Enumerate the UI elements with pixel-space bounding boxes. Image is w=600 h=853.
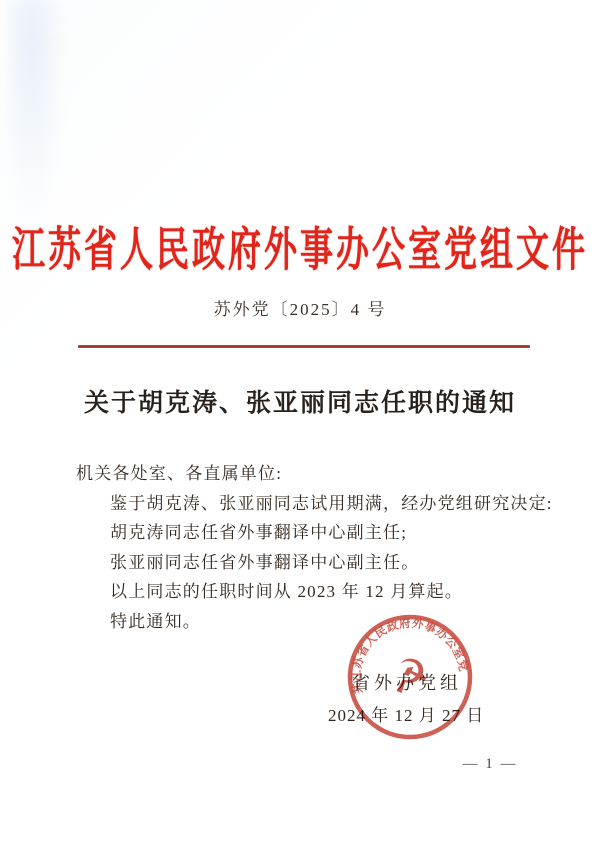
document-page: 江苏省人民政府外事办公室党组文件 苏外党〔2025〕4 号 关于胡克涛、张亚丽同…: [0, 0, 600, 853]
red-divider-line: [78, 345, 530, 348]
body-paragraph: 特此通知。: [76, 607, 556, 637]
body-paragraph: 胡克涛同志任省外事翻译中心副主任;: [76, 518, 556, 548]
page-number: — 1 —: [430, 756, 550, 773]
notice-title: 关于胡克涛、张亚丽同志任职的通知: [0, 383, 600, 419]
body-paragraph: 张亚丽同志任省外事翻译中心副主任。: [76, 548, 556, 578]
salutation: 机关各处室、各直属单位:: [76, 459, 556, 489]
signature-date: 2024 年 12 月 27 日: [328, 701, 484, 726]
document-body: 机关各处室、各直属单位: 鉴于胡克涛、张亚丽同志试用期满，经办党组研究决定: 胡…: [76, 459, 556, 637]
document-number: 苏外党〔2025〕4 号: [0, 295, 600, 320]
signature-org: 省外办党组: [352, 669, 462, 695]
document-header-title: 江苏省人民政府外事办公室党组文件: [0, 213, 600, 280]
body-paragraph: 鉴于胡克涛、张亚丽同志试用期满，经办党组研究决定:: [76, 489, 556, 519]
scan-artifact: [8, 0, 68, 230]
body-paragraph: 以上同志的任职时间从 2023 年 12 月算起。: [76, 577, 556, 607]
